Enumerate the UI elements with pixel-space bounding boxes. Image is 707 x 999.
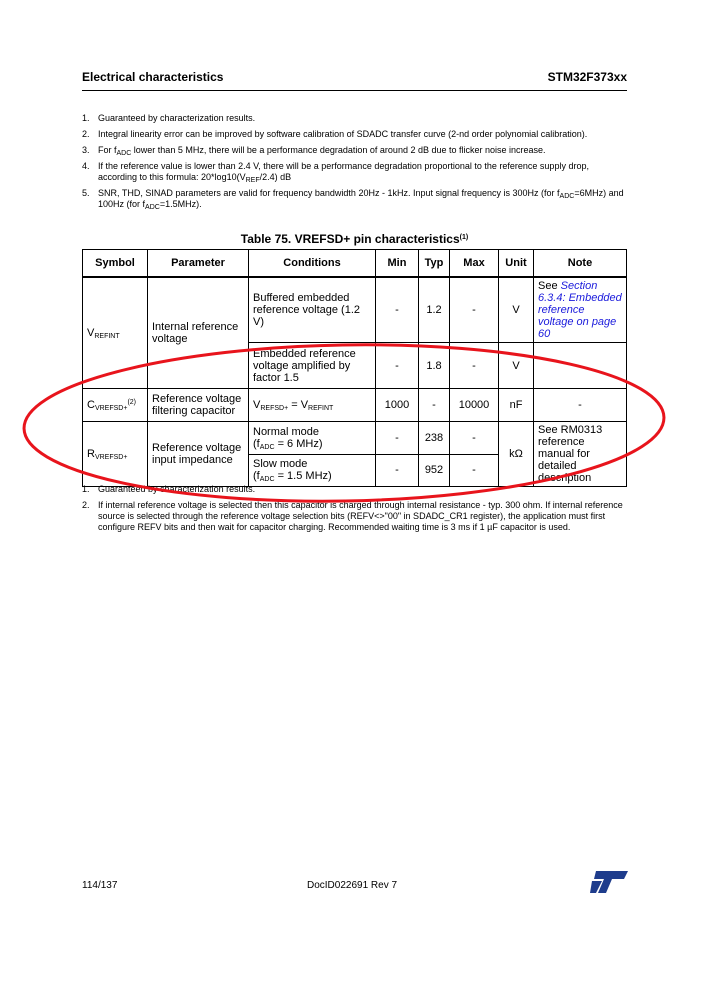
note-item: 2.If internal reference voltage is selec… [82,500,627,533]
table-footnotes: 1.Guaranteed by characterization results… [82,484,627,538]
note-item: 3.For fADC lower than 5 MHz, there will … [82,145,627,156]
symbol-cell: VREFINT [83,277,148,389]
note-item: 2.Integral linearity error can be improv… [82,129,627,140]
vrefsd-table: Symbol Parameter Conditions Min Typ Max … [82,249,627,487]
note-item: 1.Guaranteed by characterization results… [82,113,627,124]
table-row: CVREFSD+(2) Reference voltage filtering … [83,389,627,422]
parameter-cell: Internal reference voltage [148,277,249,389]
table-row: RVREFSD+ Reference voltage input impedan… [83,422,627,455]
table-caption: Table 75. VREFSD+ pin characteristics(1) [82,232,627,246]
note-item: 5.SNR, THD, SINAD parameters are valid f… [82,188,627,210]
st-logo-icon [590,871,628,893]
notes-list: 1.Guaranteed by characterization results… [82,113,627,215]
section-title: Electrical characteristics [82,70,223,84]
part-number: STM32F373xx [548,70,627,84]
note-item: 1.Guaranteed by characterization results… [82,484,627,495]
table-header-row: Symbol Parameter Conditions Min Typ Max … [83,250,627,278]
table-row: VREFINT Internal reference voltage Buffe… [83,277,627,343]
note-item: 4.If the reference value is lower than 2… [82,161,627,183]
page-header: Electrical characteristics STM32F373xx [82,68,627,91]
note-cell: See Section 6.3.4: Embedded reference vo… [534,277,627,343]
page-number: 114/137 [82,880,117,891]
doc-id: DocID022691 Rev 7 [307,880,397,891]
